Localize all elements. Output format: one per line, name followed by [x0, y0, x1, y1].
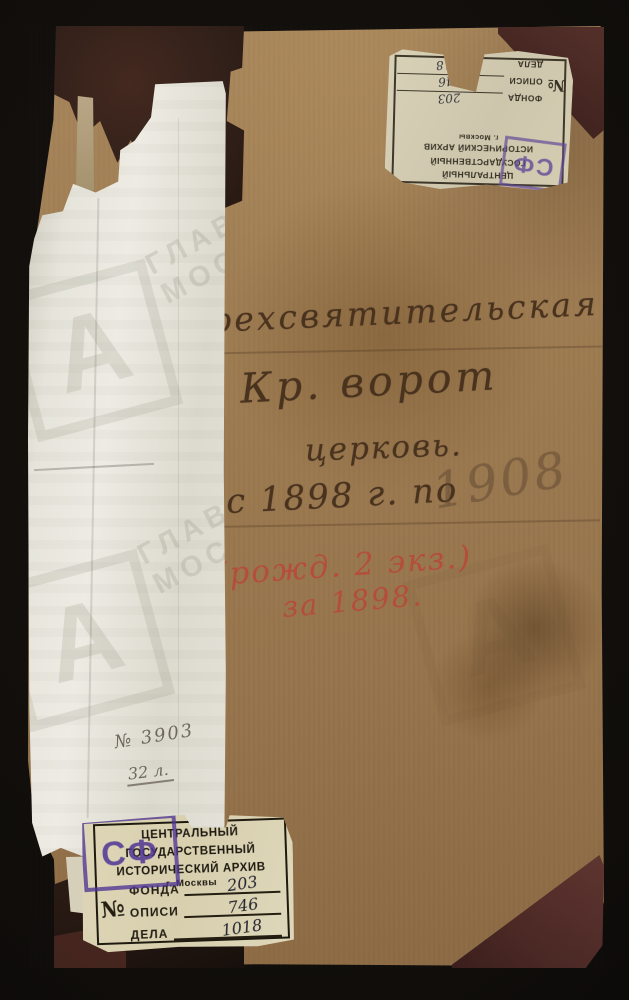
field-underline: 1018 — [173, 913, 282, 941]
field-label-opis: ОПИСИ — [509, 76, 543, 87]
paper-crease — [178, 118, 179, 818]
watermark-logo-a: А — [40, 283, 143, 417]
watermark-logo-a: А — [32, 573, 135, 707]
archive-label-bottom: ЦЕНТРАЛЬНЫЙ ГОСУДАРСТВЕННЫЙ ИСТОРИЧЕСКИЙ… — [78, 810, 297, 953]
paper-remnant-on-leather — [76, 96, 94, 192]
watermark-frame: А — [0, 259, 183, 443]
field-label-delo: ДЕЛА — [517, 59, 543, 70]
field-label-delo: ДЕЛА — [130, 927, 168, 942]
field-label-fond: ФОНДА — [507, 93, 542, 104]
field-value-fond: 203 — [437, 90, 461, 106]
purple-sf-stamp: СФ — [499, 136, 567, 194]
numero-sign: № — [547, 76, 565, 95]
pencil-note-sheet-count: 32 л. — [125, 759, 174, 787]
field-value-delo: 1018 — [221, 915, 264, 939]
paper-crease — [87, 198, 100, 818]
purple-sf-stamp: СФ — [80, 814, 181, 893]
photo-backdrop: { "watermark": { "line1": "ГЛАВАРХИВ", "… — [0, 0, 629, 1000]
pencil-note-number: № 3903 — [113, 720, 196, 753]
numero-sign: № — [100, 895, 127, 923]
